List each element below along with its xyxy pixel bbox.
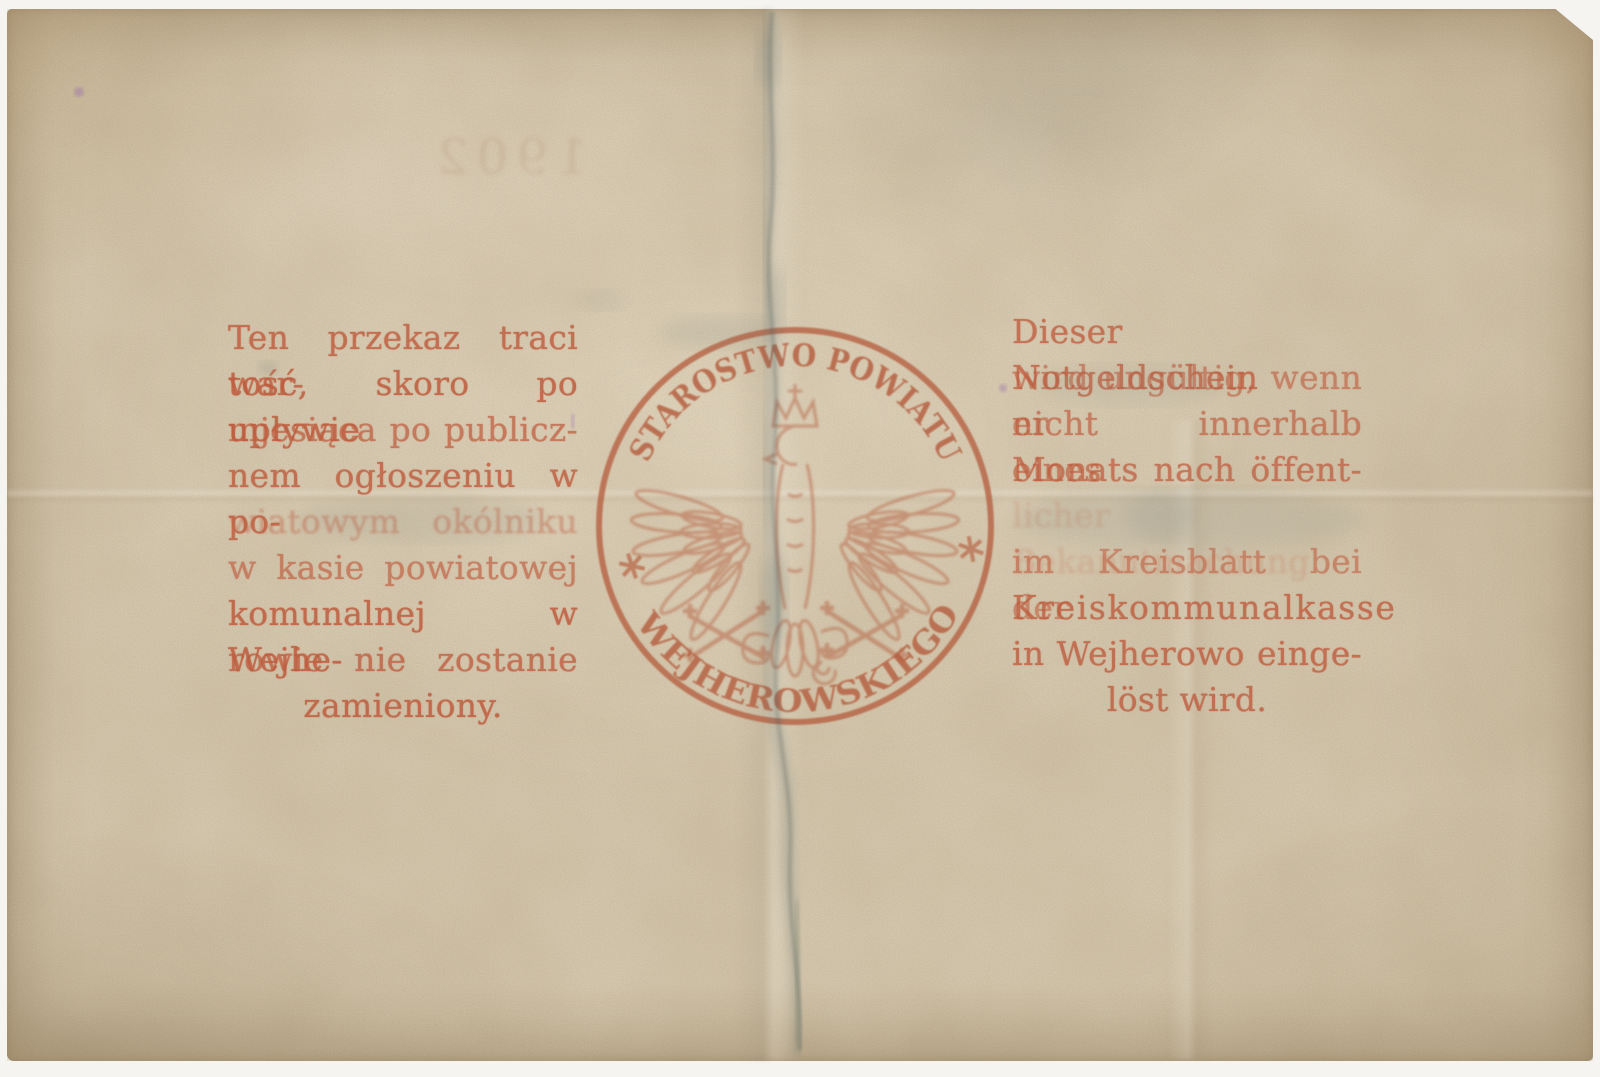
german-text-block: Dieser Notgeldschein wird ungültig, wenn… <box>1012 309 1362 723</box>
text-line: w kasie powiatowej <box>228 545 578 591</box>
text-line: licher Bekanntmachung <box>1012 493 1362 539</box>
svg-text:STAROSTWO POWIATU: STAROSTWO POWIATU <box>622 337 967 467</box>
svg-text:WEJHEROWSKIEGO: WEJHEROWSKIEGO <box>628 597 967 721</box>
text-line: wird ungültig, wenn er <box>1012 355 1362 401</box>
stamp-top-arc-text: STAROSTWO POWIATU <box>622 337 967 467</box>
text-line: in Wejherowo einge- <box>1012 631 1362 677</box>
text-line: löst wird. <box>1012 677 1362 723</box>
six-point-asterisk-icon <box>955 534 987 564</box>
county-seal-stamp: STAROSTWO POWIATU WEJHEROWSKIEGO <box>583 314 1007 738</box>
text-line: zamieniony. <box>228 683 578 729</box>
text-line: wiatowym okólniku <box>228 499 578 545</box>
polish-text-block: Ten przekaz traci war- tość, skoro po up… <box>228 315 578 729</box>
text-line: komunalnej w Wejhe- <box>228 591 578 637</box>
stamp-bottom-arc-text: WEJHEROWSKIEGO <box>628 597 967 721</box>
text-line: mjesiąca po publicz- <box>228 407 578 453</box>
text-line: nem ogłoszeniu w po- <box>228 453 578 499</box>
text-line: Kreiskommunalkasse <box>1012 585 1362 631</box>
text-line: nicht innerhalb eines <box>1012 401 1362 447</box>
text-line: tość, skoro po upływie <box>228 361 578 407</box>
ghost-numerals: 1902 <box>318 128 588 200</box>
text-line: rowie nie zostanie <box>228 637 578 683</box>
text-line: Monats nach öffent- <box>1012 447 1362 493</box>
text-line: Dieser Notgeldschein <box>1012 309 1362 355</box>
text-line: Ten przekaz traci war- <box>228 315 578 361</box>
text-line: im Kreisblatt bei der <box>1012 539 1362 585</box>
